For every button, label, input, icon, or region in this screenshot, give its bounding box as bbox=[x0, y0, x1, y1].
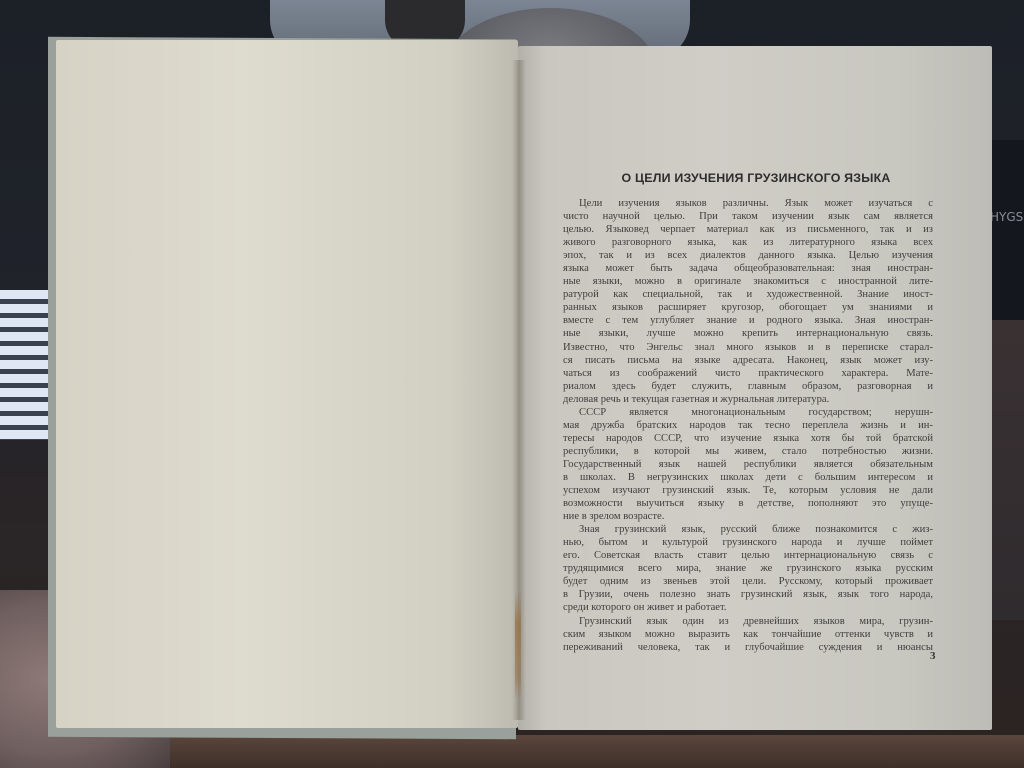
text-line: ратурой как специальной, так и художеств… bbox=[563, 288, 933, 301]
text-line: чаться из соображений чисто практическог… bbox=[563, 367, 933, 380]
text-line: эпох, так и из всех диалектов данного яз… bbox=[563, 249, 933, 262]
page-number: 3 bbox=[930, 650, 936, 662]
paragraph-1: Цели изучения языков различны. Язык може… bbox=[563, 197, 933, 406]
text-line: риалом здесь будет служить, главным обра… bbox=[563, 380, 933, 393]
left-page-blank bbox=[56, 40, 518, 728]
text-line: Цели изучения языков различны. Язык може… bbox=[563, 197, 933, 210]
right-page-text: О ЦЕЛИ ИЗУЧЕНИЯ ГРУЗИНСКОГО ЯЗЫКА Цели и… bbox=[563, 171, 933, 654]
text-line: ранных языков расширяет кругозор, обогощ… bbox=[563, 301, 933, 314]
text-line: в школах. В негрузинских школах дети с б… bbox=[563, 471, 933, 484]
text-line: в Грузии, очень полезно знать грузинский… bbox=[563, 588, 933, 601]
text-line: чисто научной целью. При таком изучении … bbox=[563, 210, 933, 223]
paragraph-3: Зная грузинский язык, русский ближе позн… bbox=[563, 523, 933, 614]
text-line: ные языки, можно в оригинале знакомиться… bbox=[563, 275, 933, 288]
text-line: среди которого он живет и работает. bbox=[563, 601, 933, 614]
photo-scene: HYGS О ЦЕЛИ ИЗУЧЕНИЯ ГРУЗИНСКОГО ЯЗЫКА Ц… bbox=[0, 0, 1024, 768]
text-line: вместе с тем углубляет знание и родного … bbox=[563, 314, 933, 327]
text-line: тересы народов СССР, что изучение языка … bbox=[563, 432, 933, 445]
paragraph-2: СССР является многонациональным государс… bbox=[563, 406, 933, 523]
text-line: успехом изучают грузинский язык. Те, кот… bbox=[563, 484, 933, 497]
text-line: Государственный язык нашей республики яв… bbox=[563, 458, 933, 471]
text-line: трудящимися всего мира, знание же грузин… bbox=[563, 562, 933, 575]
text-line: республики, в которой мы живем, стало по… bbox=[563, 445, 933, 458]
text-line: его. Советская власть ставит целью интер… bbox=[563, 549, 933, 562]
text-line: ским языком можно выразить как тончайшие… bbox=[563, 628, 933, 641]
text-line: Известно, что Энгельс знал много языков … bbox=[563, 341, 933, 354]
text-line: СССР является многонациональным государс… bbox=[563, 406, 933, 419]
text-line: живого разговорного языка, как из литера… bbox=[563, 236, 933, 249]
text-line: нью, бытом и культурой грузинского народ… bbox=[563, 536, 933, 549]
text-line: ные языки, лучше можно крепить интернаци… bbox=[563, 327, 933, 340]
text-line: языка может быть задача общеобразователь… bbox=[563, 262, 933, 275]
background-sign-text: HYGS bbox=[990, 210, 1023, 224]
chapter-title: О ЦЕЛИ ИЗУЧЕНИЯ ГРУЗИНСКОГО ЯЗЫКА bbox=[569, 171, 933, 185]
spine-stain bbox=[515, 590, 521, 700]
text-line: деловая речь и текущая газетная и журнал… bbox=[563, 393, 933, 406]
text-line: будет одним из звеньев этой цели. Русско… bbox=[563, 575, 933, 588]
text-line: переживаний человека, так и глубочайшие … bbox=[563, 641, 933, 654]
text-line: ся писать письма на языке адресата. Нако… bbox=[563, 354, 933, 367]
paragraph-4: Грузинский язык один из древнейших языко… bbox=[563, 615, 933, 654]
background-table bbox=[150, 735, 1024, 768]
text-line: Зная грузинский язык, русский ближе позн… bbox=[563, 523, 933, 536]
text-line: Грузинский язык один из древнейших языко… bbox=[563, 615, 933, 628]
text-line: целью. Языковед черпает материал как из … bbox=[563, 223, 933, 236]
text-line: возможности выучиться языку в детстве, п… bbox=[563, 497, 933, 510]
text-line: ние в зрелом возрасте. bbox=[563, 510, 933, 523]
text-line: мая дружба братских народов так тесно пе… bbox=[563, 419, 933, 432]
